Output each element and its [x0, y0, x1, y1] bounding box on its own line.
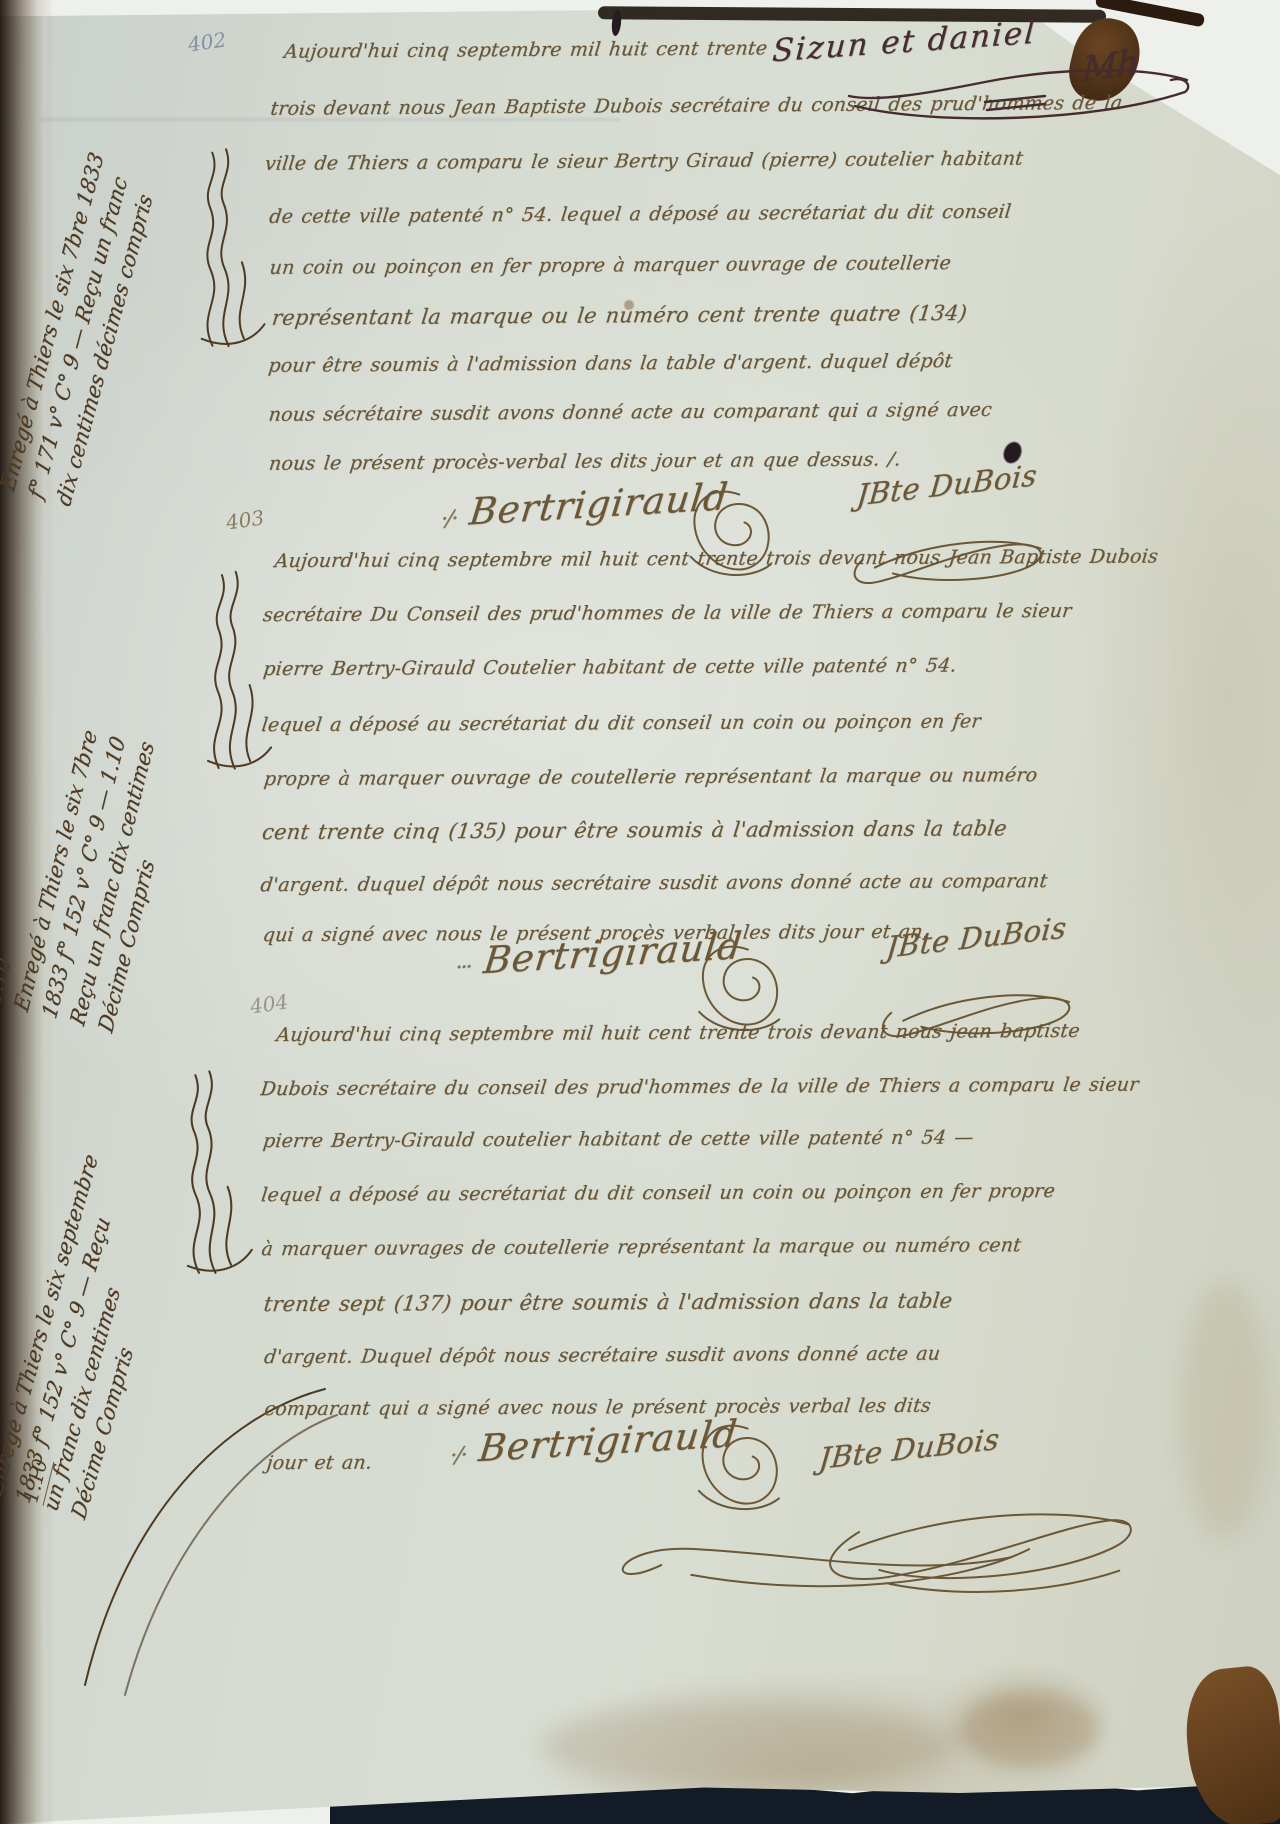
entry-404-line: Dubois secrétaire du conseil des prud'ho… [261, 1074, 1139, 1101]
entry-404-line: jour et an. [267, 1452, 373, 1475]
entry-403-line: Aujourd'hui cinq septembre mil huit cent… [275, 545, 1158, 572]
dubois-signature: JBte DuBois [817, 1422, 1001, 1476]
entry-404-line: lequel a déposé au secrétariat du dit co… [261, 1180, 1055, 1206]
entry-402-line: de cette ville patenté n° 54. lequel a d… [269, 201, 1011, 228]
paper-stain [960, 1690, 1100, 1770]
signature-swash-icon [581, 1513, 1051, 1600]
entry-402-line: pour être soumis à l'admission dans la t… [268, 350, 952, 377]
signature-paraph-icon [692, 1416, 785, 1516]
dubois-signature: JBte DuBois [885, 910, 1069, 964]
entry-403: Aujourd'hui cinq septembre mil huit cent… [249, 528, 1092, 1042]
entry-404: Aujourd'hui cinq septembre mil huit cent… [248, 1003, 1091, 1647]
entry-404-line: trente sept (137) pour être soumis à l'a… [264, 1289, 953, 1317]
entry-402-line: nous sécrétaire susdit avons donné acte … [269, 399, 992, 426]
entry-403-line: d'argent. duquel dépôt nous secrétaire s… [260, 870, 1047, 896]
paper-stain [1180, 1280, 1270, 1540]
entry-402-line: ville de Thiers a comparu le sieur Bertr… [265, 148, 1023, 175]
entry-404-line: d'argent. Duquel dépôt nous secrétaire s… [264, 1343, 940, 1369]
entry-403-line: pierre Bertry-Girauld Coutelier habitant… [263, 654, 956, 680]
overlay-flourish-icon [835, 62, 1195, 132]
entry-404-line: à marquer ouvrages de coutellerie représ… [262, 1234, 1022, 1260]
manuscript-photo: Enregé à Thiers le six 7bre 1833 f° 171 … [0, 0, 1280, 1824]
entry-403-line: propre à marquer ouvrage de coutellerie … [264, 764, 1037, 790]
entry-402-line: représentant la marque ou le numéro cent… [272, 301, 967, 330]
signature-prefix: ·/· [439, 506, 457, 532]
entry-404-line: Aujourd'hui cinq septembre mil huit cent… [276, 1020, 1079, 1046]
entry-404-line: pierre Bertry-Girauld coutelier habitant… [263, 1126, 974, 1152]
entry-403-line: lequel a déposé au secrétariat du dit co… [262, 710, 981, 736]
entry-402-line: nous le présent procès-verbal les dits j… [269, 448, 901, 474]
entry-403-line: cent trente cinq (135) pour être soumis … [262, 816, 1007, 844]
entry-403-line: secrétaire Du Conseil des prud'hommes de… [263, 600, 1072, 626]
entry-404-line: comparant qui a signé avec nous le prése… [264, 1395, 931, 1420]
signature-prefix: ·/· [449, 1443, 467, 1469]
entry-402-line: Aujourd'hui cinq septembre mil huit cent… [284, 37, 767, 62]
entry-402-line: un coin ou poinçon en fer propre à marqu… [270, 252, 951, 279]
paper-stain [540, 1700, 960, 1790]
signature-prefix: ··· [454, 955, 472, 981]
